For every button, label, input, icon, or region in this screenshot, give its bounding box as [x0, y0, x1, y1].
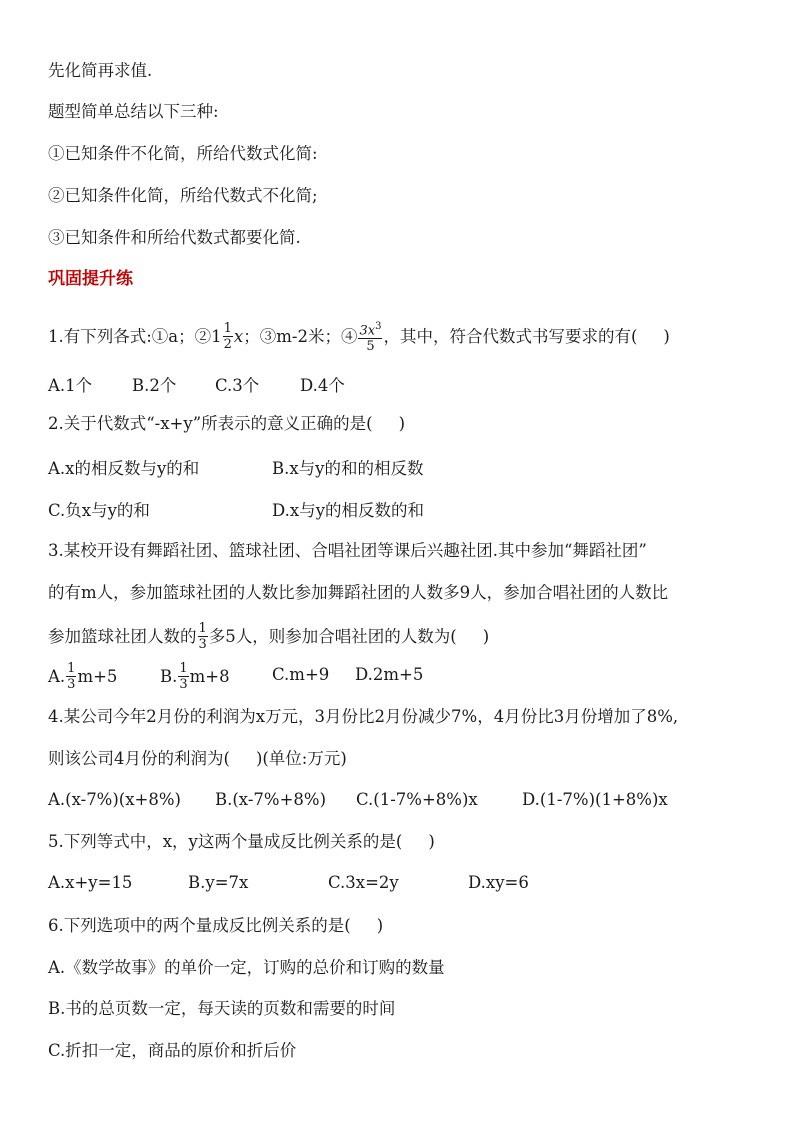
q1-suffix: ，其中，符合代数式书写要求的有( [383, 327, 637, 346]
intro-case-3: ③已知条件和所给代数式都要化简. [48, 227, 301, 249]
q1-mid: ；③m-2米；④ [243, 327, 357, 346]
fraction-one-half: 12 [223, 321, 233, 352]
q6-option-b: B.书的总页数一定，每天读的页数和需要的时间 [48, 998, 395, 1020]
q5-option-c: C.3x=2y [328, 873, 399, 892]
q2-option-d: D.x与y的相反数的和 [272, 497, 424, 521]
question-4-line-2: 则该公司4月份的利润为()(单位:万元) [48, 748, 347, 770]
question-3-line-3: 参加篮球社团人数的13多5人，则参加合唱社团的人数为() [48, 622, 489, 653]
question-6: 6.下列选项中的两个量成反比例关系的是() [48, 915, 383, 937]
intro-case-2: ②已知条件化简，所给代数式不化简; [48, 185, 318, 207]
question-3-line-2: 的有m人，参加篮球社团的人数比参加舞蹈社团的人数多9人，参加合唱社团的人数比 [48, 582, 668, 604]
q3-option-d: D.2m+5 [355, 665, 423, 684]
question-5: 5.下列等式中，x，y这两个量成反比例关系的是() [48, 831, 435, 853]
question-3-line-1: 3.某校开设有舞蹈社团、篮球社团、合唱社团等课后兴趣社团.其中参加“舞蹈社团” [48, 540, 647, 562]
q1-prefix: 1.有下列各式:①a；②1 [48, 327, 222, 346]
q4-option-d: D.(1-7%)(1+8%)x [522, 790, 668, 809]
q1-option-a: A.1个 [48, 372, 92, 396]
intro-line-1: 先化简再求值. [48, 60, 152, 82]
q5-option-a: A.x+y=15 [48, 873, 132, 892]
q4-option-c: C.(1-7%+8%)x [356, 790, 478, 809]
q4-option-a: A.(x-7%)(x+8%) [48, 790, 181, 809]
q1-option-d: D.4个 [300, 372, 345, 396]
q6-option-c: C.折扣一定，商品的原价和折后价 [48, 1040, 296, 1062]
intro-line-2: 题型简单总结以下三种: [48, 101, 219, 123]
q3-option-c: C.m+9 [272, 665, 329, 684]
q1-var: x [234, 327, 243, 346]
q2-option-c: C.负x与y的和 [48, 497, 150, 521]
question-4-line-1: 4.某公司今年2月份的利润为x万元，3月份比2月份减少7%，4月份比3月份增加了… [48, 706, 678, 728]
intro-case-1: ①已知条件不化简，所给代数式化简: [48, 143, 318, 165]
q5-option-b: B.y=7x [188, 873, 248, 892]
fraction-3x3-over-5: 3x35 [358, 319, 382, 354]
q2-option-a: A.x的相反数与y的和 [48, 455, 199, 479]
section-heading: 巩固提升练 [48, 268, 133, 290]
q6-option-a: A.《数学故事》的单价一定，订购的总价和订购的数量 [48, 957, 445, 979]
fraction-one-third: 13 [198, 621, 208, 652]
q5-option-d: D.xy=6 [468, 873, 529, 892]
question-1: 1.有下列各式:①a；②112x；③m-2米；④3x35，其中，符合代数式书写要… [48, 320, 670, 355]
q4-option-b: B.(x-7%+8%) [215, 790, 326, 809]
q1-option-b: B.2个 [132, 372, 176, 396]
question-2: 2.关于代数式“-x+y”所表示的意义正确的是() [48, 413, 405, 435]
q3-option-a: A.13m+5 [48, 662, 117, 693]
q3-option-b: B.13m+8 [160, 662, 230, 693]
q2-option-b: B.x与y的和的相反数 [272, 455, 424, 479]
q1-option-c: C.3个 [215, 372, 259, 396]
